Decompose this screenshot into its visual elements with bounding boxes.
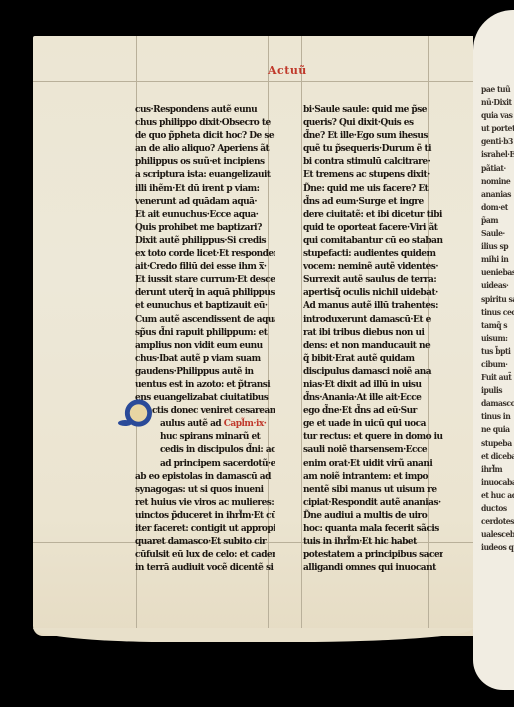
text-line: ut portet bbox=[481, 123, 514, 136]
text-line: cunctis donec veniret cesaream· bbox=[135, 404, 269, 417]
text-line: ex toto corde licet·Et respondens bbox=[135, 247, 269, 260]
text-line: introduxerunt damascū·Et e bbox=[303, 313, 437, 326]
text-line: q̃ bibit·Erat autẽ quidam bbox=[303, 352, 437, 365]
left-column-lines: cus·Respondens autẽ eunuchus philippo d… bbox=[135, 103, 275, 417]
text-line: cedis in discipulos d̃ni: accessit bbox=[135, 443, 269, 456]
text-line: dom·et bbox=[481, 202, 514, 215]
text-line: ipulis bbox=[481, 385, 514, 398]
text-line: quid te oporteat facere·Viri ãt bbox=[303, 221, 437, 234]
text-line: ananias bbox=[481, 189, 514, 202]
text-line: Fuit aut̃ bbox=[481, 372, 514, 385]
text-line: Surrexit autẽ saulus de terra: bbox=[303, 273, 437, 286]
text-line: ge et uade in uicū qui uoca bbox=[303, 417, 437, 430]
text-line: de quo p̃pheta dicit hoc? De se bbox=[135, 129, 269, 142]
text-line: ego d̃ne·Et d̃ns ad eū·Sur bbox=[303, 404, 437, 417]
text-line: ueniebas bbox=[481, 267, 514, 280]
text-line: tamq̃ s bbox=[481, 320, 514, 333]
text-line: rat ibi tribus diebus non ui bbox=[303, 326, 437, 339]
text-line: Et iussit stare currum·Et descen bbox=[135, 273, 269, 286]
text-line: sauli noiẽ tharsensem·Ecce bbox=[303, 443, 437, 456]
text-line: ihrl̃m bbox=[481, 464, 514, 477]
text-line: genti·b3 bbox=[481, 136, 514, 149]
text-line: sp̃us d̃ni rapuit philippum: et bbox=[135, 326, 269, 339]
text-line: ens euangelizabat ciuitatibus bbox=[135, 391, 269, 404]
text-line: ret huius vie viros ac mulieres: bbox=[135, 496, 269, 509]
text-line: inuocaba bbox=[481, 477, 514, 490]
text-line: synagogas: ut si quos inueni bbox=[135, 483, 269, 496]
text-line: cerdotes bbox=[481, 516, 514, 529]
top-text-rule bbox=[33, 81, 473, 82]
text-line: et dicebat bbox=[481, 451, 514, 464]
text-column-right: bi·Saule saule: quid me p̃sequeris? Qui … bbox=[303, 103, 443, 574]
text-line: stupefacti: audientes quidem bbox=[303, 247, 437, 260]
text-line: huc spirans minarũ et bbox=[135, 430, 269, 443]
text-line: cibum· bbox=[481, 359, 514, 372]
text-line: queris? Qui dixit·Quis es bbox=[303, 116, 437, 129]
text-line: apertisq̃ oculis nichil uidebat· bbox=[303, 286, 437, 299]
text-line: dere ciuitatẽ: et ibi dicetur tibi bbox=[303, 208, 437, 221]
text-line: amplius non vidit eum eunu bbox=[135, 339, 269, 352]
right-column-lines: bi·Saule saule: quid me p̃sequeris? Qui … bbox=[303, 103, 443, 574]
text-line: d̃ns·Anania·At ille ait·Ecce bbox=[303, 391, 437, 404]
text-line: uideas· bbox=[481, 280, 514, 293]
text-line: hoc: quanta mala fecerit sãcis bbox=[303, 522, 437, 535]
text-line: Et ait eunuchus·Ecce aqua· bbox=[135, 208, 269, 221]
text-line: Ad manus autẽ illū trahentes: bbox=[303, 299, 437, 312]
text-line: damasco bbox=[481, 398, 514, 411]
left-column-lines-after-chapter: huc spirans minarũ etcedis in discipulo… bbox=[135, 430, 275, 574]
text-line: quẽ tu p̃sequeris·Durum ẽ ti bbox=[303, 142, 437, 155]
text-line: illi ihẽm·Et dū irent p viam: bbox=[135, 182, 269, 195]
text-line: d̃ne? Et ille·Ego sum ihesus bbox=[303, 129, 437, 142]
text-line: pae tuũ bbox=[481, 84, 514, 97]
text-line: enim orat·Et uidit virũ anani bbox=[303, 457, 437, 470]
chapter-label: Capl̃m·ix· bbox=[224, 418, 267, 429]
text-line: uinctos p̃duceret in ihrl̃m·Et cū bbox=[135, 509, 269, 522]
chapter-line: aulus autẽ ad Capl̃m·ix· bbox=[135, 417, 269, 430]
text-line: ualesceba bbox=[481, 529, 514, 542]
text-line: bi contra stimulū calcitrare· bbox=[303, 155, 437, 168]
text-line: vocem: neminẽ autẽ videntes· bbox=[303, 260, 437, 273]
text-line: potestatem a principibus sacerdotũ: bbox=[303, 548, 437, 561]
text-line: tus b̃pti bbox=[481, 346, 514, 359]
text-line: ab eo epistolas in damascū ad bbox=[135, 470, 269, 483]
text-line: stupeba bbox=[481, 438, 514, 451]
text-line: uentus est in azoto: et p̃transi bbox=[135, 378, 269, 391]
text-line: Quis prohibet me baptizari? bbox=[135, 221, 269, 234]
text-line: nomine bbox=[481, 176, 514, 189]
text-line: ad principem sacerdotũ·et petijt bbox=[135, 457, 269, 470]
text-line: d̃ns ad eum·Surge et ingre bbox=[303, 195, 437, 208]
text-line: spiritu sa bbox=[481, 294, 514, 307]
text-line: Saule· bbox=[481, 228, 514, 241]
text-line: cipiat·Respondit autẽ ananias· bbox=[303, 496, 437, 509]
text-line: et eunuchus et baptizauit eū· bbox=[135, 299, 269, 312]
text-line: derunt uterq̃ in aquā philippus bbox=[135, 286, 269, 299]
text-line: am noiẽ intrantem: et impo bbox=[303, 470, 437, 483]
text-line: uisum: bbox=[481, 333, 514, 346]
text-line: et huc ad bbox=[481, 490, 514, 503]
text-line: discipulus damasci noiẽ ana bbox=[303, 365, 437, 378]
text-line: a scriptura ista: euangelizauit bbox=[135, 168, 269, 181]
text-line: Dixit autẽ philippus·Si credis bbox=[135, 234, 269, 247]
text-line: D̃ne audiui a multis de uiro bbox=[303, 509, 437, 522]
chapter-line-text: aulus autẽ ad bbox=[160, 418, 221, 429]
text-line: tinus in bbox=[481, 411, 514, 424]
text-line: tuis in ihrl̃m·Et hic habet bbox=[303, 535, 437, 548]
text-line: mihi in bbox=[481, 254, 514, 267]
text-line: ilius sp bbox=[481, 241, 514, 254]
text-line: israhel·E bbox=[481, 149, 514, 162]
facing-page: pae tuũnū·Dixitquia vasut portetgenti·… bbox=[473, 0, 514, 707]
text-line: ait·Credo filiū dei esse ihm x̅· bbox=[135, 260, 269, 273]
text-line: ne quia bbox=[481, 424, 514, 437]
text-line: philippus os suũ·et incipiens bbox=[135, 155, 269, 168]
text-line: qui comitabantur cū eo stabant bbox=[303, 234, 437, 247]
text-line: nentẽ sibi manus ut uisum re bbox=[303, 483, 437, 496]
text-line: nū·Dixit bbox=[481, 97, 514, 110]
column-rule-right-start bbox=[301, 36, 302, 636]
text-line: tinus ceci bbox=[481, 307, 514, 320]
running-head: Actuũ bbox=[268, 64, 307, 77]
facing-page-text: pae tuũnū·Dixitquia vasut portetgenti·… bbox=[481, 84, 514, 555]
text-line: quia vas bbox=[481, 110, 514, 123]
text-line: tur rectus: et quere in domo iude bbox=[303, 430, 437, 443]
text-line: dens: et non manducauit ne bbox=[303, 339, 437, 352]
text-line: alligandi omnes qui inuocant bbox=[303, 561, 437, 574]
text-line: an de alio aliquo? Aperiens ãt bbox=[135, 142, 269, 155]
text-line: Cum autẽ ascendissent de aqua bbox=[135, 313, 269, 326]
text-line: chus·Ibat autẽ p viam suam bbox=[135, 352, 269, 365]
text-line: venerunt ad quādam aquā· bbox=[135, 195, 269, 208]
text-line: cūfulsit eū lux de celo: et cadens bbox=[135, 548, 269, 561]
text-line: in terrā audiuit vocẽ dicentẽ si bbox=[135, 561, 269, 574]
text-line: bi·Saule saule: quid me p̃se bbox=[303, 103, 437, 116]
text-line: quaret damasco·Et subito cir bbox=[135, 535, 269, 548]
text-line: D̃ne: quid me uis facere? Et bbox=[303, 182, 437, 195]
initial-flourish bbox=[118, 420, 132, 426]
text-line: p̃am bbox=[481, 215, 514, 228]
text-line: iter faceret: contigit ut appropi bbox=[135, 522, 269, 535]
text-line: nias·Et dixit ad illū in uisu bbox=[303, 378, 437, 391]
text-line: pãtiat· bbox=[481, 163, 514, 176]
text-line: chus philippo dixit·Obsecro te bbox=[135, 116, 269, 129]
text-line: ductos bbox=[481, 503, 514, 516]
text-line: cus·Respondens autẽ eunu bbox=[135, 103, 269, 116]
text-line: Et tremens ac stupens dixit· bbox=[303, 168, 437, 181]
text-line: iudeos q bbox=[481, 542, 514, 555]
text-line: gaudens·Philippus autẽ in bbox=[135, 365, 269, 378]
text-column-left: cus·Respondens autẽ eunuchus philippo d… bbox=[135, 103, 275, 574]
